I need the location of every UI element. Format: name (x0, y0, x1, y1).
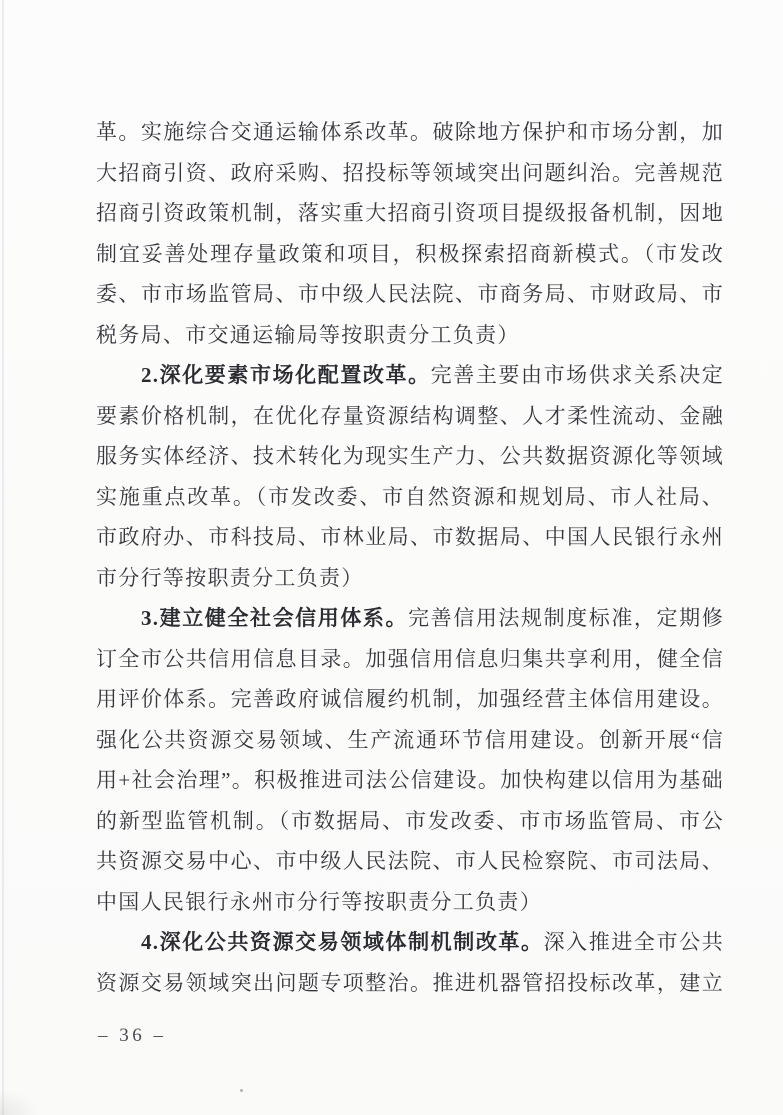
text-line: 用+社会治理”。积极推进司法公信建设。加快构建以信用为基础 (96, 760, 724, 801)
text-line: 订全市公共信用信息目录。加强信用信息归集共享利用，健全信 (96, 639, 724, 680)
line-text: 招商引资政策机制，落实重大招商引资项目提级报备机制，因地 (96, 201, 724, 225)
section-heading-line: 4.深化公共资源交易领域体制机制改革。深入推进全市公共 (96, 922, 724, 963)
line-text: 要素价格机制，在优化存量资源结构调整、人才柔性流动、金融 (96, 404, 724, 428)
scanned-document-page: 革。实施综合交通运输体系改革。破除地方保护和市场分割，加 大招商引资、政府采购、… (0, 0, 783, 1115)
text-line: 共资源交易中心、市中级人民法院、市人民检察院、市司法局、 (96, 841, 724, 882)
line-text: 市分行等按职责分工负责） (96, 566, 364, 590)
text-line: 革。实施综合交通运输体系改革。破除地方保护和市场分割，加 (96, 112, 724, 153)
section-heading: 3.建立健全社会信用体系。 (141, 606, 408, 630)
line-text: 资源交易领域突出问题专项整治。推进机器管招投标改革，建立 (96, 971, 724, 995)
line-text: 中国人民银行永州市分行等按职责分工负责） (96, 890, 542, 914)
section-heading-line: 3.建立健全社会信用体系。完善信用法规制度标准，定期修 (96, 598, 724, 639)
line-text: 的新型监管机制。（市数据局、市发改委、市市场监管局、市公 (96, 809, 724, 833)
line-text: 用+社会治理”。积极推进司法公信建设。加快构建以信用为基础 (96, 768, 724, 792)
text-line: 税务局、市交通运输局等按职责分工负责） (96, 315, 724, 356)
text-line: 要素价格机制，在优化存量资源结构调整、人才柔性流动、金融 (96, 396, 724, 437)
section-heading-line: 2.深化要素市场化配置改革。完善主要由市场供求关系决定 (96, 355, 724, 396)
text-line: 的新型监管机制。（市数据局、市发改委、市市场监管局、市公 (96, 801, 724, 842)
line-text: 订全市公共信用信息目录。加强信用信息归集共享利用，健全信 (96, 647, 724, 671)
line-text: 强化公共资源交易领域、生产流通环节信用建设。创新开展“信 (96, 728, 724, 752)
line-text: 共资源交易中心、市中级人民法院、市人民检察院、市司法局、 (96, 849, 724, 873)
line-text: 深入推进全市公共 (544, 930, 724, 954)
text-line: 市政府办、市科技局、市林业局、市数据局、中国人民银行永州 (96, 517, 724, 558)
text-line: 制宜妥善处理存量政策和项目，积极探索招商新模式。（市发改 (96, 234, 724, 275)
document-body: 革。实施综合交通运输体系改革。破除地方保护和市场分割，加 大招商引资、政府采购、… (96, 112, 724, 1003)
line-text: 制宜妥善处理存量政策和项目，积极探索招商新模式。（市发改 (96, 242, 724, 266)
line-text: 实施重点改革。（市发改委、市自然资源和规划局、市人社局、 (96, 485, 724, 509)
line-text: 税务局、市交通运输局等按职责分工负责） (96, 323, 520, 347)
text-line: 服务实体经济、技术转化为现实生产力、公共数据资源化等领域 (96, 436, 724, 477)
text-line: 用评价体系。完善政府诚信履约机制，加强经营主体信用建设。 (96, 679, 724, 720)
text-line: 强化公共资源交易领域、生产流通环节信用建设。创新开展“信 (96, 720, 724, 761)
line-text: 完善信用法规制度标准，定期修 (408, 606, 724, 630)
line-text: 完善主要由市场供求关系决定 (431, 363, 724, 387)
line-text: 市政府办、市科技局、市林业局、市数据局、中国人民银行永州 (96, 525, 724, 549)
section-heading: 2.深化要素市场化配置改革。 (141, 363, 431, 387)
text-line: 中国人民银行永州市分行等按职责分工负责） (96, 882, 724, 923)
text-line: 实施重点改革。（市发改委、市自然资源和规划局、市人社局、 (96, 477, 724, 518)
scan-edge-artifact (2, 0, 4, 1115)
line-text: 革。实施综合交通运输体系改革。破除地方保护和市场分割，加 (96, 120, 724, 144)
line-text: 服务实体经济、技术转化为现实生产力、公共数据资源化等领域 (96, 444, 724, 468)
text-line: 大招商引资、政府采购、招投标等领域突出问题纠治。完善规范 (96, 153, 724, 194)
line-text: 大招商引资、政府采购、招投标等领域突出问题纠治。完善规范 (96, 161, 724, 185)
scan-corner-smudge (0, 1089, 40, 1115)
text-line: 委、市市场监管局、市中级人民法院、市商务局、市财政局、市 (96, 274, 724, 315)
text-line: 招商引资政策机制，落实重大招商引资项目提级报备机制，因地 (96, 193, 724, 234)
line-text: 委、市市场监管局、市中级人民法院、市商务局、市财政局、市 (96, 282, 724, 306)
section-heading: 4.深化公共资源交易领域体制机制改革。 (141, 930, 544, 954)
text-line: 资源交易领域突出问题专项整治。推进机器管招投标改革，建立 (96, 963, 724, 1004)
page-number: – 36 – (98, 1022, 167, 1050)
line-text: 用评价体系。完善政府诚信履约机制，加强经营主体信用建设。 (96, 687, 724, 711)
scan-speck (240, 1089, 243, 1092)
text-line: 市分行等按职责分工负责） (96, 558, 724, 599)
